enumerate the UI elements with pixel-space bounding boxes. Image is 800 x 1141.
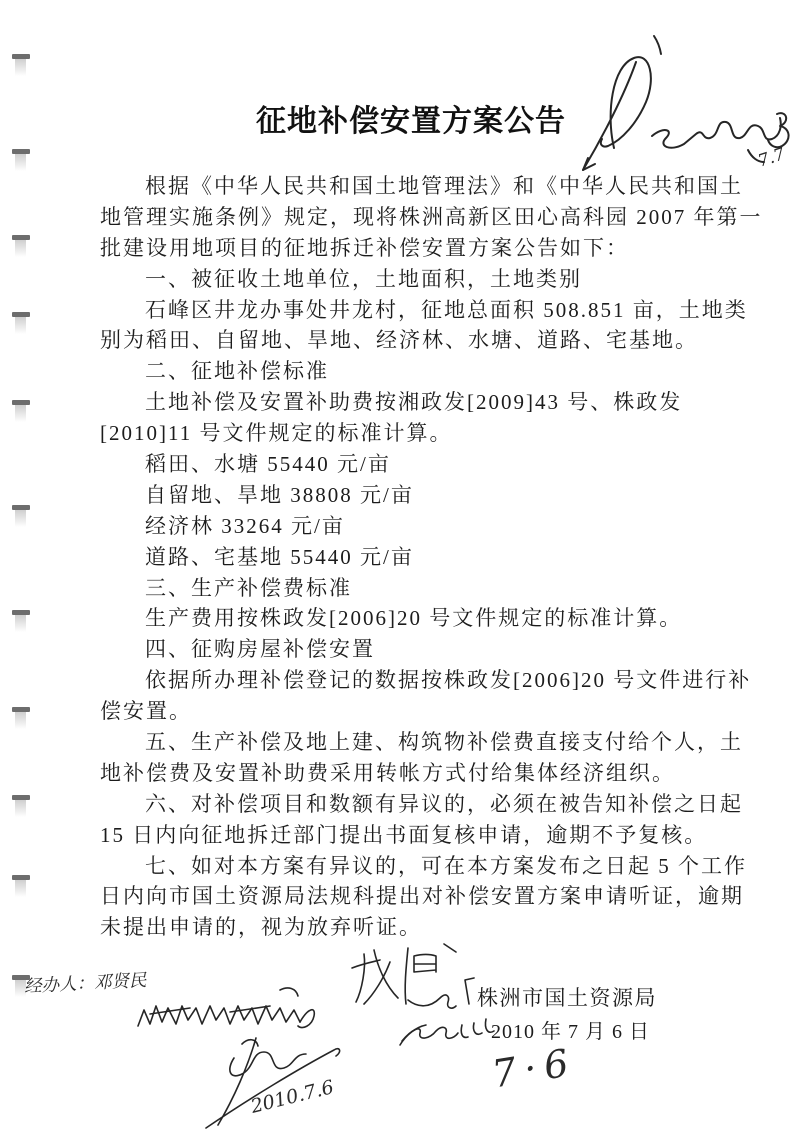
body-line: 15 日内向征地拆迁部门提出书面复核申请，逾期不予复核。 (100, 820, 745, 851)
body-line: 三、生产补偿费标准 (100, 573, 745, 604)
binder-hole-mark (12, 707, 30, 712)
binder-hole-mark (12, 795, 30, 800)
body-line: 日内向市国土资源局法规科提出对补偿安置方案申请听证，逾期 (100, 881, 745, 912)
check-mark (458, 976, 480, 1006)
body-line: 稻田、水塘 55440 元/亩 (100, 449, 745, 480)
body-line: 偿安置。 (100, 696, 745, 727)
body-line: 七、如对本方案有异议的，可在本方案发布之日起 5 个工作 (100, 851, 745, 882)
agency-name: 株洲市国土资源局 (477, 982, 657, 1012)
binder-hole-mark (12, 400, 30, 405)
date-scrawl (398, 1005, 498, 1053)
body-line: 二、征地补偿标准 (100, 356, 745, 387)
page-title: 征地补偿安置方案公告 (256, 96, 566, 140)
body-line: 经济林 33264 元/亩 (100, 511, 745, 542)
body-line: 四、征购房屋补偿安置 (100, 634, 745, 665)
body-line: 批建设用地项目的征地拆迁补偿安置方案公告如下： (100, 233, 745, 264)
binder-hole-mark (12, 505, 30, 510)
body-line: 自留地、旱地 38808 元/亩 (100, 480, 745, 511)
binder-hole-mark (12, 149, 30, 154)
body-line: 别为稻田、自留地、旱地、经济林、水塘、道路、宅基地。 (100, 325, 745, 356)
body-line: 土地补偿及安置补助费按湘政发[2009]43 号、株政发 (100, 387, 745, 418)
handwritten-big-date: 7·6 (489, 1040, 579, 1097)
signature-top-right (552, 18, 800, 208)
body-line: 石峰区井龙办事处井龙村，征地总面积 508.851 亩，土地类 (100, 295, 745, 326)
body-line: 道路、宅基地 55440 元/亩 (100, 542, 745, 573)
scanned-announcement-page: 征地补偿安置方案公告 根据《中华人民共和国土地管理法》和《中华人民共和国土地管理… (0, 0, 800, 1141)
binder-hole-mark (12, 235, 30, 240)
body-line: 一、被征收土地单位，土地面积，土地类别 (100, 264, 745, 295)
binder-hole-mark (12, 312, 30, 317)
body-line: 六、对补偿项目和数额有异议的，必须在被告知补偿之日起 (100, 789, 745, 820)
document-body: 根据《中华人民共和国土地管理法》和《中华人民共和国土地管理实施条例》规定，现将株… (100, 171, 745, 943)
binder-hole-mark (12, 54, 30, 59)
body-line: 生产费用按株政发[2006]20 号文件规定的标准计算。 (100, 603, 745, 634)
handwritten-operator-note: 经办人：邓贤民 (23, 967, 147, 998)
body-line: 依据所办理补偿登记的数据按株政发[2006]20 号文件进行补 (100, 665, 745, 696)
body-line: 地补偿费及安置补助费采用转帐方式付给集体经济组织。 (100, 758, 745, 789)
binder-hole-mark (12, 610, 30, 615)
body-line: 五、生产补偿及地上建、构筑物补偿费直接支付给个人，土 (100, 727, 745, 758)
binder-hole-mark (12, 875, 30, 880)
body-line: [2010]11 号文件规定的标准计算。 (100, 418, 745, 449)
